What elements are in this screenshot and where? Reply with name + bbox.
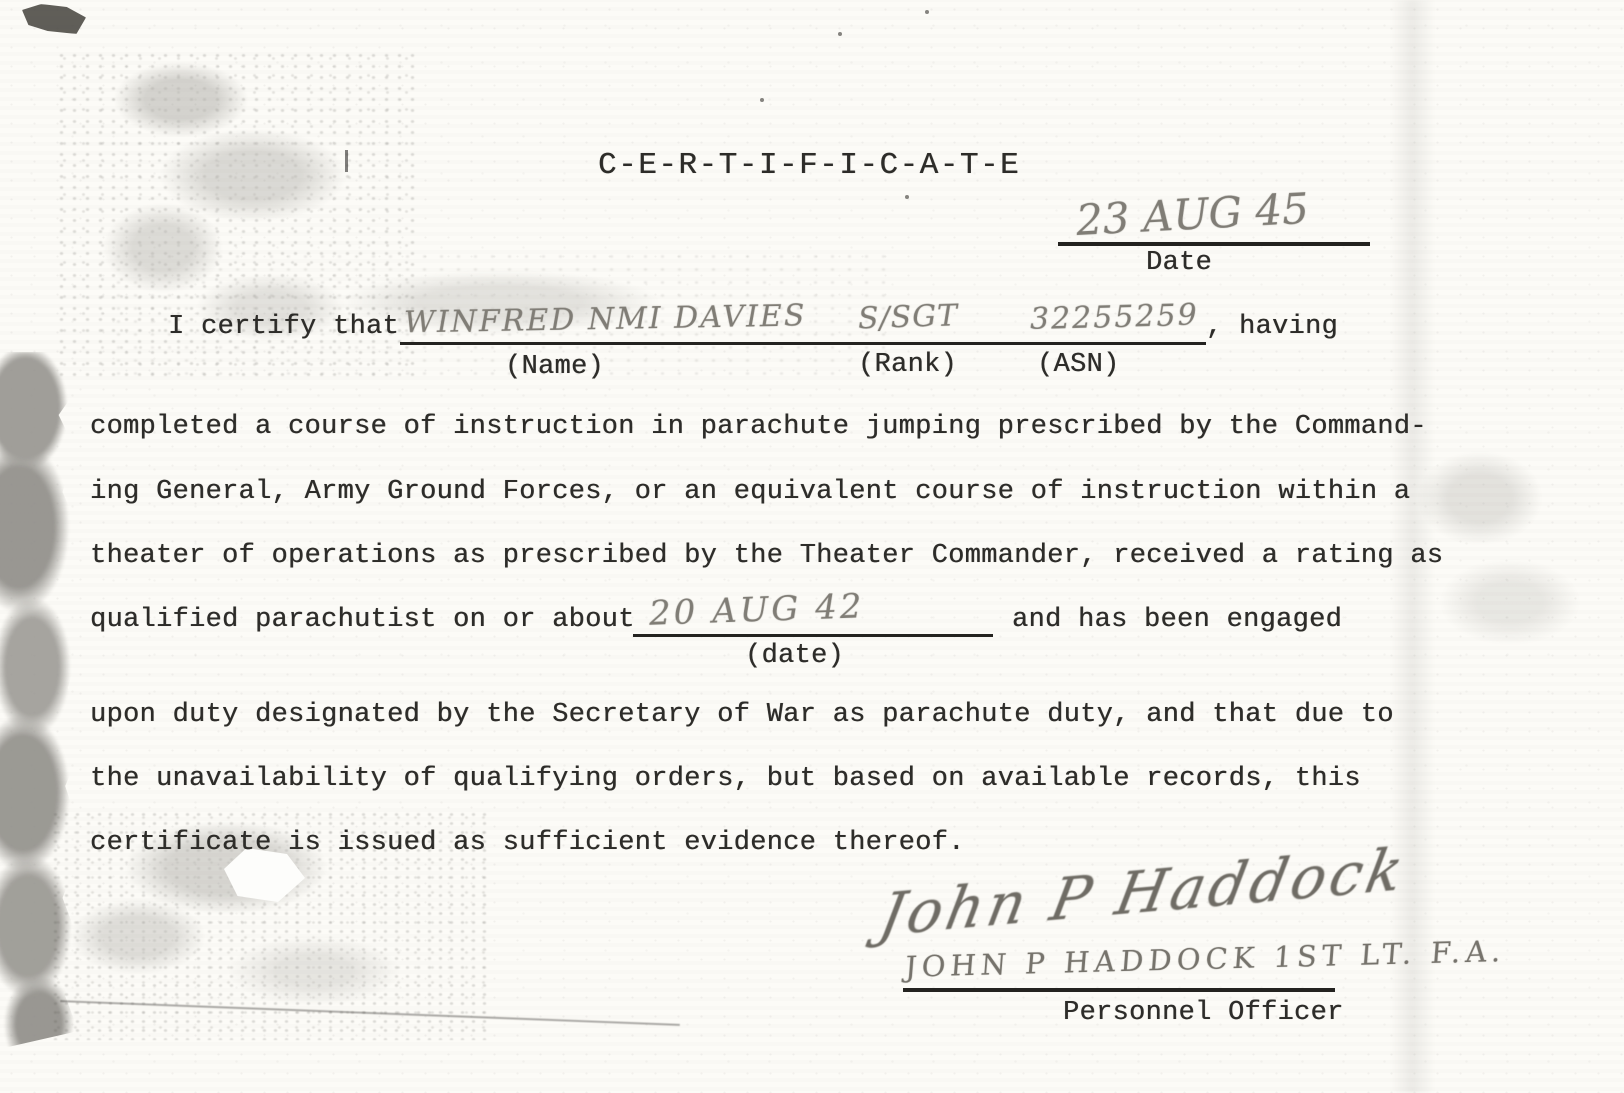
- body-line-1: completed a course of instruction in par…: [90, 412, 1427, 442]
- stray-dot: [760, 98, 764, 102]
- date-blank-line: 23 AUG 45: [1058, 196, 1370, 246]
- certify-prefix: I certify that: [168, 312, 399, 342]
- handwritten-date: 23 AUG 45: [1075, 184, 1310, 245]
- asn-label: (ASN): [1037, 350, 1120, 380]
- date-label: Date: [1146, 248, 1212, 278]
- signature-underline: [903, 988, 1335, 992]
- handwritten-asn: 32255259: [1030, 298, 1200, 337]
- handwritten-rank: S/SGT: [857, 298, 958, 336]
- rating-date-blank: 20 AUG 42: [633, 594, 993, 637]
- rank-label: (Rank): [858, 350, 957, 380]
- body2-line-1: upon duty designated by the Secretary of…: [90, 700, 1394, 730]
- handwritten-name: WINFRED NMI DAVIES: [404, 298, 807, 340]
- body-line-2: ing General, Army Ground Forces, or an e…: [90, 477, 1410, 507]
- name-rank-asn-blank: WINFRED NMI DAVIES S/SGT 32255259: [400, 300, 1206, 345]
- name-label: (Name): [505, 352, 604, 382]
- rating-date-label: (date): [745, 641, 844, 671]
- rating-prefix: qualified parachutist on or about: [90, 605, 635, 635]
- rating-suffix: and has been engaged: [1012, 605, 1342, 635]
- bottom-scan-line: [60, 1000, 680, 1026]
- body2-line-2: the unavailability of qualifying orders,…: [90, 764, 1361, 794]
- body2-line-3: certificate is issued as sufficient evid…: [90, 828, 965, 858]
- corner-ink-mark: [22, 4, 86, 34]
- personnel-officer-label: Personnel Officer: [1063, 998, 1344, 1028]
- certificate-title: C-E-R-T-I-F-I-C-A-T-E: [598, 148, 1020, 183]
- body-line-3: theater of operations as prescribed by t…: [90, 541, 1443, 571]
- handwritten-rating-date: 20 AUG 42: [648, 586, 865, 633]
- stray-mark: [345, 150, 348, 172]
- stray-dot: [925, 10, 929, 14]
- signature-printed-name: JOHN P HADDOCK 1ST LT. F.A.: [904, 934, 1507, 984]
- stray-dot: [905, 195, 909, 199]
- certify-suffix: , having: [1206, 312, 1338, 342]
- stray-dot: [838, 32, 842, 36]
